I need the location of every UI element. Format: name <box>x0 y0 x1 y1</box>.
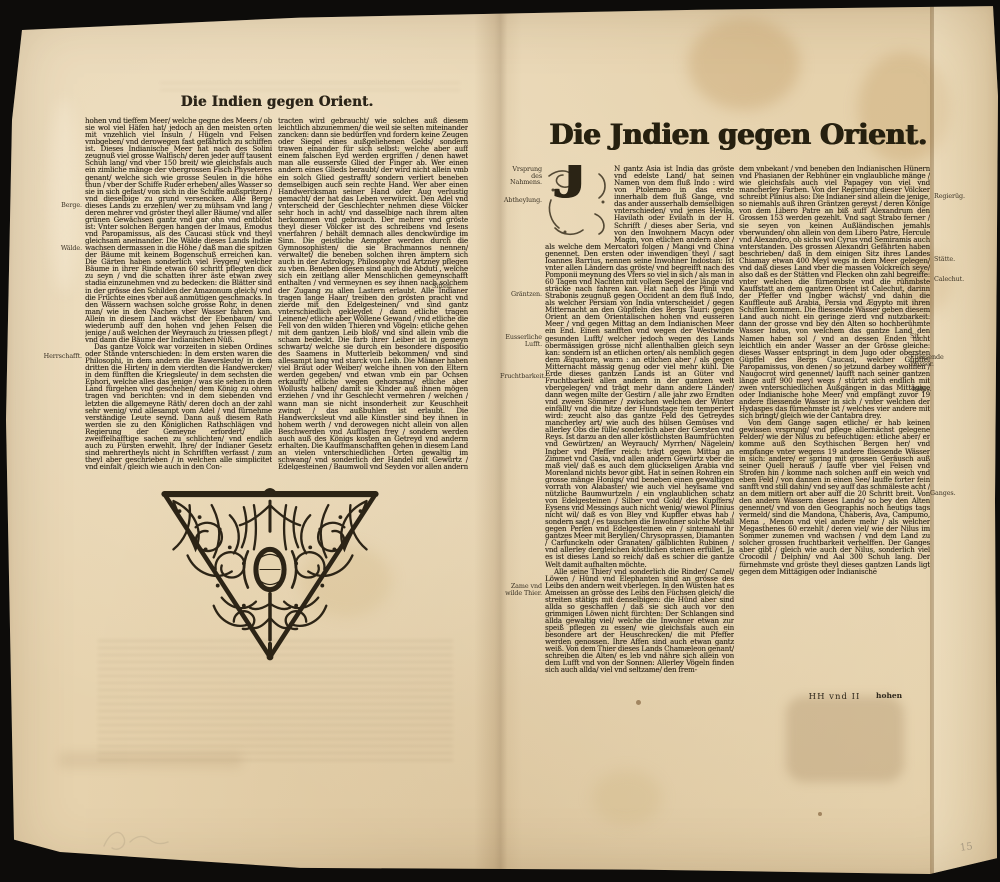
pencil-squiggle <box>96 816 176 860</box>
margin-note: Ganges. <box>930 490 986 497</box>
margin-note: Fliessende Wässer. <box>910 354 958 367</box>
margin-note: Sit. <box>910 333 966 340</box>
show-through-ornament <box>786 696 904 782</box>
right-column-2: dem vnbekant / vnd beneben den Indianisc… <box>739 165 930 690</box>
body-paragraph: Alle seine Thier/ vnd sonderlich die Rin… <box>545 568 734 674</box>
stain <box>50 98 78 293</box>
body-paragraph: hohen vnd tieffem Meer/ welche gegne des… <box>85 117 272 343</box>
stain <box>688 18 800 110</box>
paper-sheet: Die Indien gegen Orient. hohen vnd tieff… <box>0 0 1000 882</box>
stain <box>592 770 662 825</box>
body-paragraph: Von dem Gange sagen etliche/ er hab kein… <box>739 419 930 574</box>
pencil-number: 15 <box>959 841 973 854</box>
show-through-ornament <box>58 752 243 768</box>
left-column-1: hohen vnd tieffem Meer/ welche gegne des… <box>85 117 272 470</box>
left-running-head: Die Indien gegen Orient. <box>85 94 469 110</box>
margin-note: Sitten. <box>432 283 482 290</box>
margin-note: Eusserliche Lufft. <box>500 334 542 347</box>
body-paragraph: Das gantze Volck war vorzeiten in sieben… <box>85 343 272 470</box>
body-paragraph: dem vnbekant / vnd beneben den Indianisc… <box>739 165 930 419</box>
center-fold-shadow <box>474 0 522 882</box>
margin-note: Indus. <box>912 386 962 393</box>
leaf-edge-strip <box>934 0 1000 882</box>
margin-note: Gräntzen. <box>500 291 542 298</box>
decorated-initial: J <box>545 166 609 237</box>
margin-note: Abtheylung. <box>500 197 542 204</box>
margin-note: Regierüg. <box>934 193 990 200</box>
margin-note: Zame vnd wilde Thier. <box>500 583 542 596</box>
scanned-book-spread: Die Indien gegen Orient. hohen vnd tieff… <box>0 0 1000 882</box>
margin-note: Stätte. <box>934 256 990 263</box>
drop-cap-letter: J <box>559 165 588 167</box>
left-column-2: tracten wird gebraucht/ wie solches auß … <box>278 117 468 470</box>
margin-note: Herrschafft. <box>26 353 82 360</box>
speck <box>818 812 822 816</box>
margin-note: Fruchtbarkeit. <box>500 373 542 380</box>
right-column-1: J N gantz Asia ist India das gröste vnd … <box>545 165 734 701</box>
margin-note: Berge. <box>36 202 82 209</box>
body-paragraph: tracten wird gebraucht/ wie solches auß … <box>278 117 468 470</box>
arabesque-tailpiece-ornament <box>159 485 381 662</box>
catchword: hohen <box>876 691 902 700</box>
right-page-title: Die Jndien gegen Orient. <box>545 118 931 151</box>
margin-note: Wälde. <box>36 245 82 252</box>
margin-note: Calechut. <box>934 276 990 283</box>
body-paragraph: J N gantz Asia ist India das gröste vnd … <box>545 165 734 568</box>
margin-note: Vrsprung des Nahmens. <box>500 166 542 186</box>
